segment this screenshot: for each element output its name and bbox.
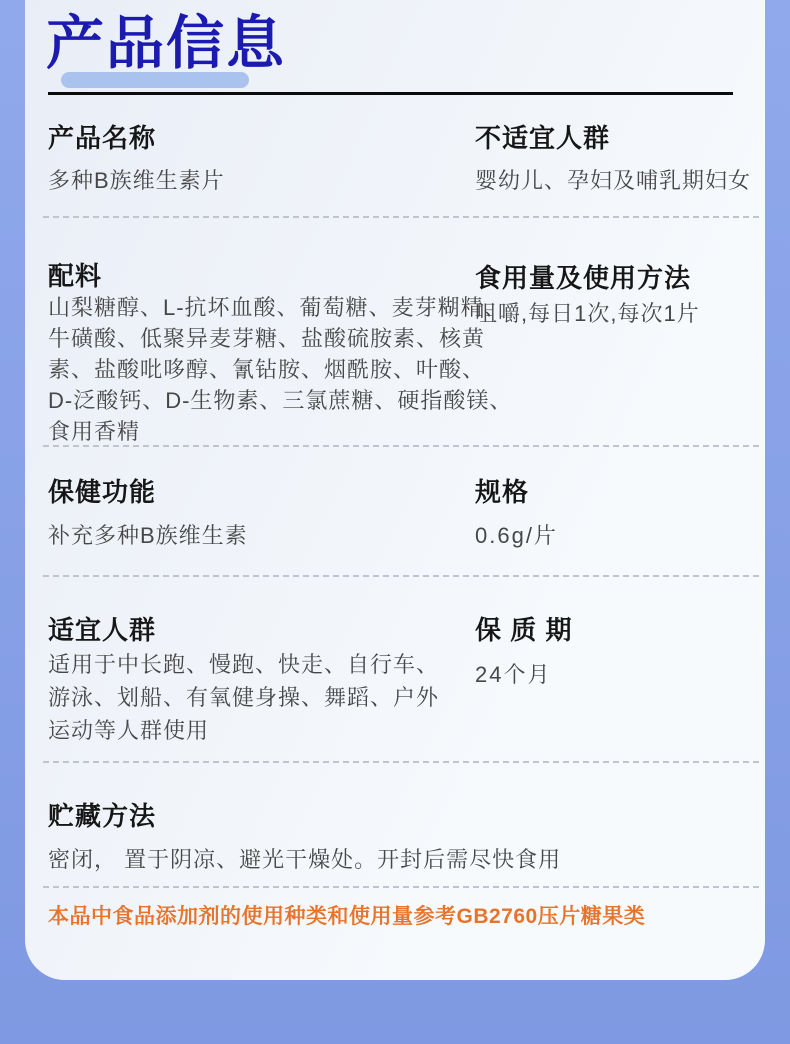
field-value-shelf-life: 24个月 — [475, 658, 551, 689]
field-heading-storage-method: 贮藏方法 — [48, 796, 156, 833]
field-value-ingredients-line: 山梨糖醇、L-抗坏血酸、葡萄糖、麦芽糊精、 — [48, 291, 507, 322]
page-title: 产品信息 — [46, 12, 286, 76]
title-rule — [48, 92, 733, 95]
field-value-ingredients-line: 素、盐酸吡哆醇、氰钻胺、烟酰胺、叶酸、 — [48, 353, 485, 384]
field-value-product-name: 多种B族维生素片 — [48, 164, 225, 195]
field-value-health-function: 补充多种B族维生素 — [48, 519, 248, 550]
field-value-ingredients-line: 牛磺酸、低聚异麦芽糖、盐酸硫胺素、核黄 — [48, 322, 485, 353]
field-value-suitable-groups-line: 游泳、划船、有氧健身操、舞蹈、户外 — [48, 681, 439, 712]
field-value-storage-method: 密闭， 置于阴凉、避光干燥处。开封后需尽快食用 — [48, 843, 561, 874]
field-value-usage: 咀嚼,每日1次,每次1片 — [475, 297, 700, 328]
field-heading-usage: 食用量及使用方法 — [475, 258, 691, 295]
field-value-specification: 0.6g/片 — [475, 519, 558, 550]
dashed-divider — [43, 886, 759, 888]
field-heading-health-function: 保健功能 — [48, 472, 156, 509]
field-value-suitable-groups-line: 运动等人群使用 — [48, 714, 209, 745]
field-heading-shelf-life: 保 质 期 — [475, 610, 572, 647]
additive-regulation-note: 本品中食品添加剂的使用种类和使用量参考GB2760压片糖果类 — [48, 900, 645, 930]
field-heading-product-name: 产品名称 — [48, 118, 156, 155]
product-info-card: 产品信息 产品名称 多种B族维生素片 不适宜人群 婴幼儿、孕妇及哺乳期妇女 配料… — [25, 0, 765, 980]
dashed-divider — [43, 761, 759, 763]
field-value-unsuitable-groups: 婴幼儿、孕妇及哺乳期妇女 — [475, 164, 751, 195]
field-value-ingredients-line: D-泛酸钙、D-生物素、三氯蔗糖、硬指酸镁、 — [48, 384, 512, 415]
field-heading-specification: 规格 — [475, 472, 529, 509]
field-value-suitable-groups-line: 适用于中长跑、慢跑、快走、自行车、 — [48, 648, 439, 679]
field-value-ingredients-line: 食用香精 — [48, 415, 140, 446]
field-heading-ingredients: 配料 — [48, 256, 102, 293]
dashed-divider — [43, 445, 759, 447]
dashed-divider — [43, 575, 759, 577]
field-heading-suitable-groups: 适宜人群 — [48, 610, 156, 647]
dashed-divider — [43, 216, 759, 218]
field-heading-unsuitable-groups: 不适宜人群 — [475, 118, 610, 155]
